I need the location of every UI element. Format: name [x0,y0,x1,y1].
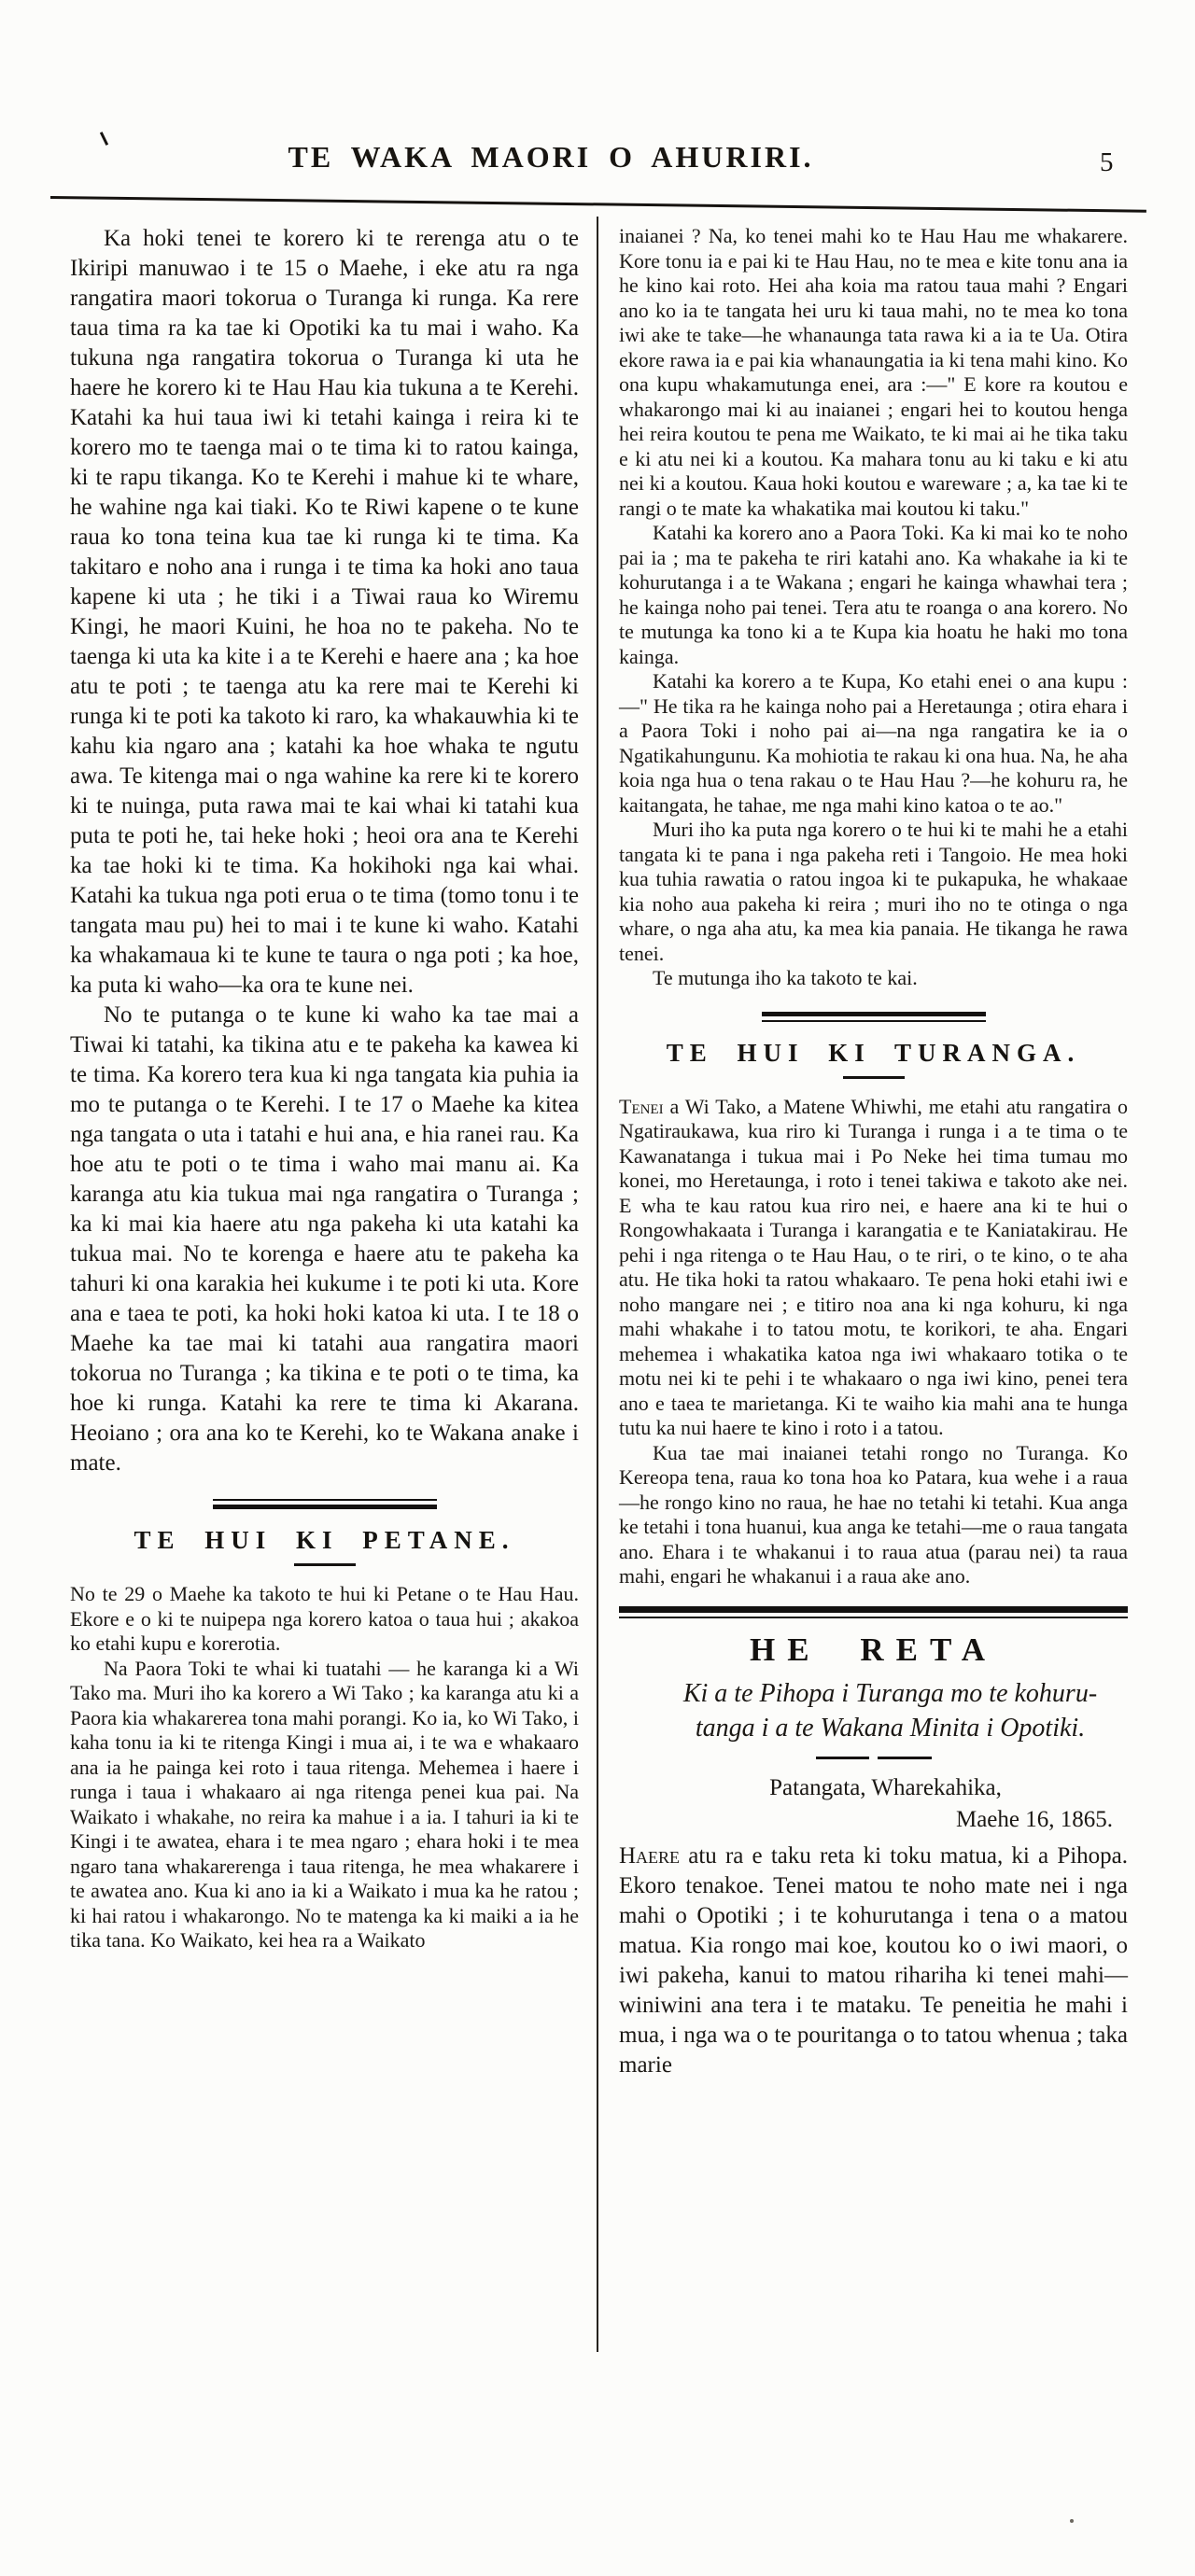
letter-subtitle-line-2: tanga i a te Wakana Minita i Opotiki. [619,1711,1128,1745]
subtitle-underline-rule [816,1757,932,1759]
section-heading-petane: TE HUI KI PETANE. [70,1526,579,1555]
paragraph: No te 29 o Maehe ka takoto te hui ki Pet… [70,1582,579,1657]
rule-segment [816,1757,870,1759]
paragraph: Kua tae mai inaianei tetahi rongo no Tur… [619,1441,1128,1589]
paragraph: Katahi ka korero ano a Paora Toki. Ka ki… [619,521,1128,669]
right-column: inaianei ? Na, ko tenei mahi ko te Hau H… [619,224,1128,2080]
section-heading-he-reta: HE RETA [619,1631,1128,1669]
column-divider-rule [597,217,598,2352]
heading-underline-rule [294,1563,356,1566]
page-number: 5 [1100,147,1114,178]
petane-article-continuation: inaianei ? Na, ko tenei mahi ko te Hau H… [619,224,1128,991]
paragraph: Katahi ka korero a te Kupa, Ko etahi ene… [619,669,1128,818]
paragraph-text: atu ra e taku reta ki toku matua, ki a P… [619,1843,1128,2078]
heading-underline-rule [843,1076,905,1079]
letter-body: Haere atu ra e taku reta ki toku matua, … [619,1841,1128,2080]
paragraph: Muri iho ka puta nga korero o te hui ki … [619,818,1128,966]
petane-article: No te 29 o Maehe ka takoto te hui ki Pet… [70,1582,579,1953]
section-divider-rule [213,1499,437,1509]
left-column: Ka hoki tenei te korero ki te rerenga at… [70,224,579,1953]
paragraph-text: a Wi Tako, a Matene Whiwhi, me etahi atu… [619,1095,1128,1440]
section-heading-turanga: TE HUI KI TURANGA. [619,1039,1128,1068]
newspaper-page: TE WAKA MAORI O AHURIRI. 5 Ka hoki tenei… [0,0,1195,2576]
page-title: TE WAKA MAORI O AHURIRI. [0,140,1102,175]
paragraph: inaianei ? Na, ko tenei mahi ko te Hau H… [619,224,1128,521]
letter-place: Patangata, Wharekahika, [619,1772,1128,1804]
rule-segment [878,1757,932,1759]
steamer-article-continuation: Ka hoki tenei te korero ki te rerenga at… [70,224,579,1478]
section-divider-rule-heavy [619,1606,1128,1618]
paragraph: Ka hoki tenei te korero ki te rerenga at… [70,224,579,1001]
letter-subtitle-line-1: Ki a te Pihopa i Turanga mo te kohuru- [619,1676,1128,1711]
lead-word: Haere [619,1843,680,1869]
letter-header: Patangata, Wharekahika, Maehe 16, 1865. [619,1772,1128,1836]
paragraph: Na Paora Toki te whai ki tuatahi — he ka… [70,1657,579,1953]
turanga-article: Tenei a Wi Tako, a Matene Whiwhi, me eta… [619,1095,1128,1589]
paragraph: Haere atu ra e taku reta ki toku matua, … [619,1841,1128,2080]
lead-word: Tenei [619,1095,664,1118]
masthead-rule [50,196,1146,213]
letter-date: Maehe 16, 1865. [619,1804,1128,1836]
paragraph: Tenei a Wi Tako, a Matene Whiwhi, me eta… [619,1095,1128,1441]
paragraph: No te putanga o te kune ki waho ka tae m… [70,1001,579,1478]
ink-speck [1070,2519,1074,2523]
section-divider-rule [762,1012,986,1022]
paragraph: Te mutunga iho ka takoto te kai. [619,966,1128,991]
